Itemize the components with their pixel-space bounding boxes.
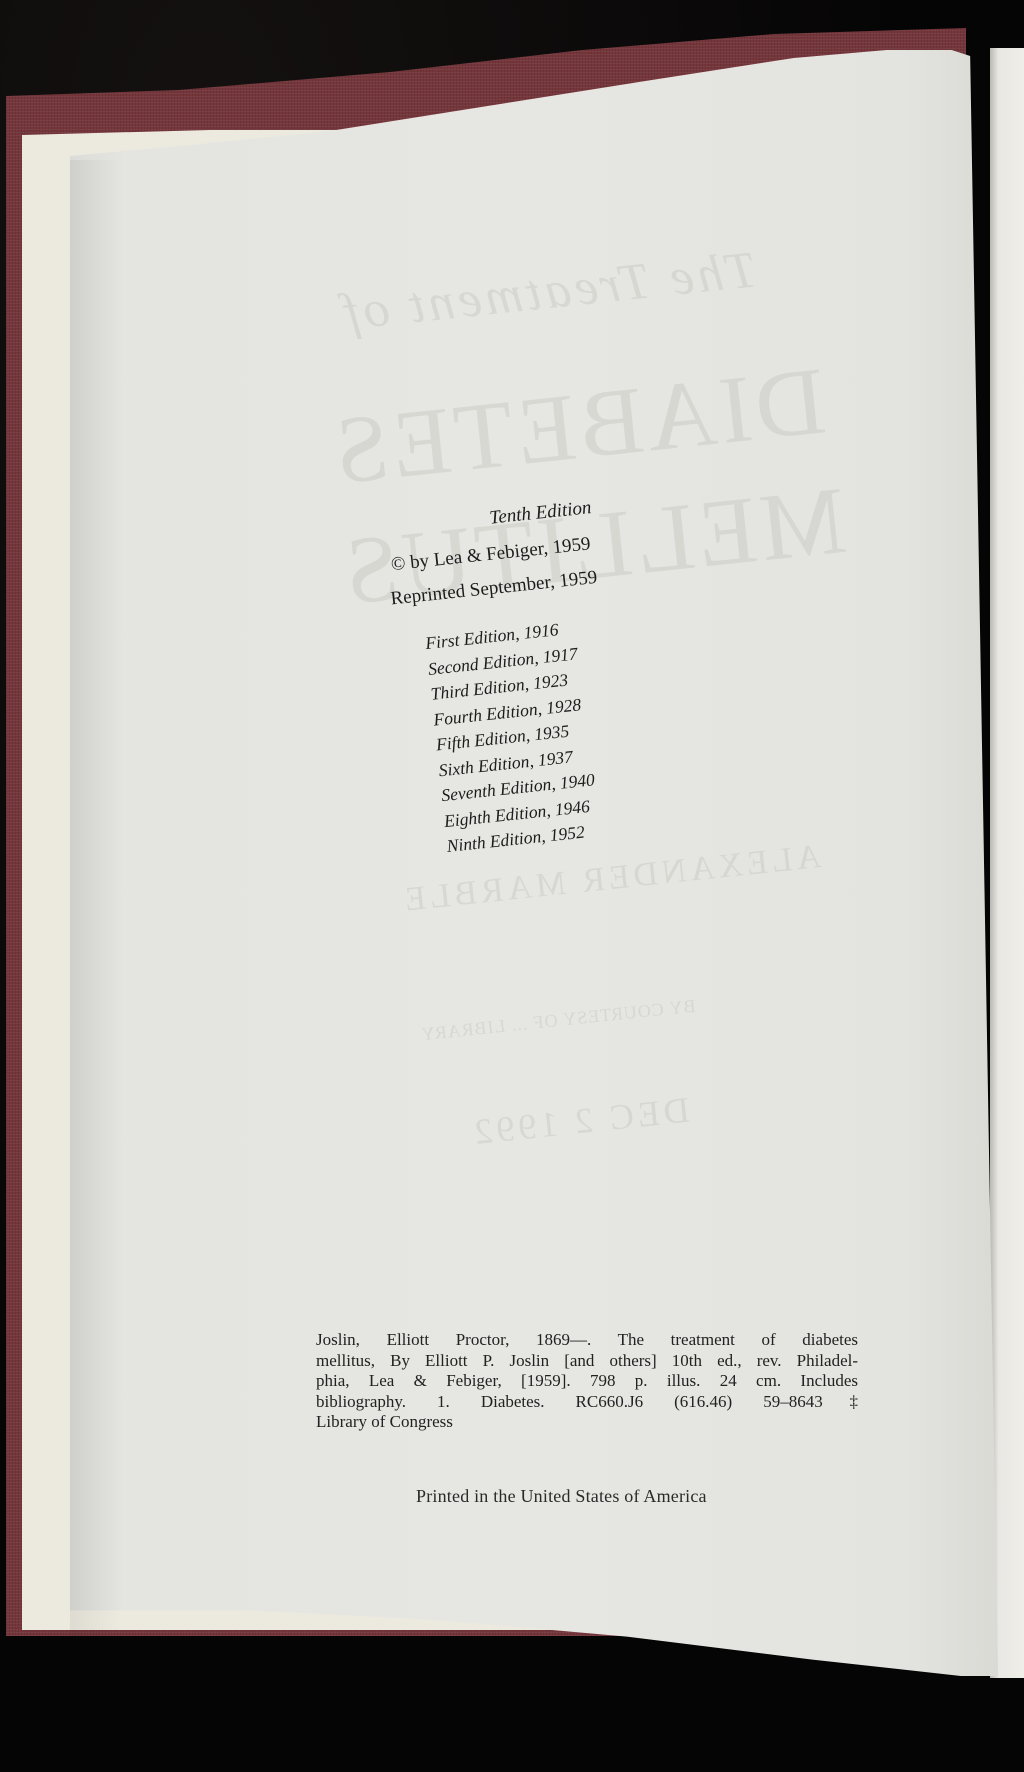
catalog-line: Joslin, Elliott Proctor, 1869—. The trea… — [316, 1330, 858, 1351]
catalog-line: phia, Lea & Febiger, [1959]. 798 p. illu… — [316, 1371, 858, 1392]
catalog-line: Library of Congress — [316, 1412, 858, 1433]
library-catalog-entry: Joslin, Elliott Proctor, 1869—. The trea… — [316, 1330, 858, 1433]
catalog-line: bibliography. 1. Diabetes. RC660.J6 (616… — [316, 1392, 858, 1413]
copyright-block: Tenth Edition © by Lea & Febiger, 1959 R… — [420, 490, 695, 859]
imprint-line: Printed in the United States of America — [416, 1486, 707, 1507]
catalog-line: mellitus, By Elliott P. Joslin [and othe… — [316, 1351, 858, 1372]
edition-history-list: First Edition, 1916 Second Edition, 1917… — [424, 605, 695, 859]
page-content: Tenth Edition © by Lea & Febiger, 1959 R… — [0, 0, 1024, 1772]
